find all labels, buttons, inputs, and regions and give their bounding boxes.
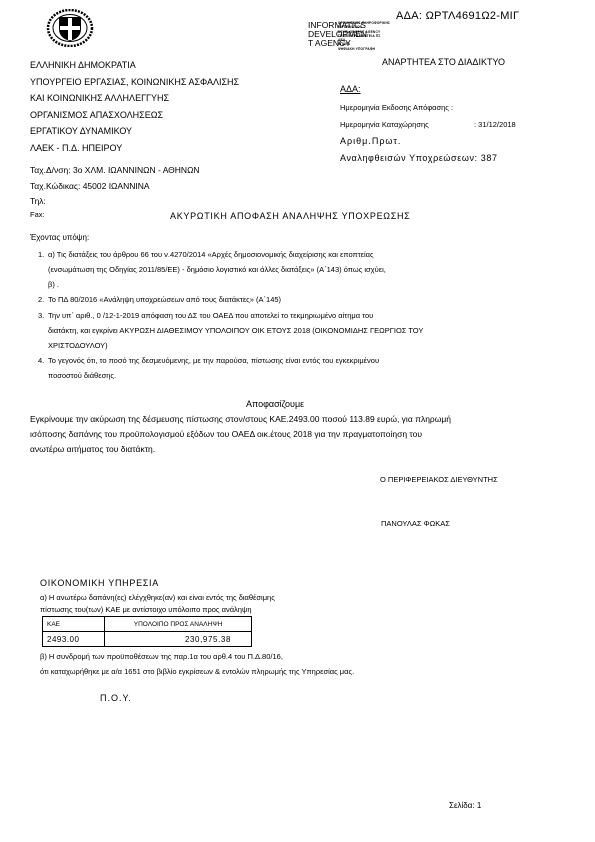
list-item-line: β) . <box>48 280 59 289</box>
authority-line: ΥΠΟΥΡΓΕΙΟ ΕΡΓΑΣΙΑΣ, ΚΟΙΝΩΝΙΚΗΣ ΑΣΦΑΛΙΣΗΣ <box>30 74 239 91</box>
poy-label: Π.Ο.Υ. <box>100 693 132 703</box>
list-item-number: 1. <box>38 250 44 259</box>
list-item-line: Το γεγονός ότι, το ποσό της δεσμευόμενης… <box>48 356 379 365</box>
list-item-number: 4. <box>38 356 44 365</box>
address-postal: Ταχ.Κώδικας: 45002 ΙΩΑΝΝΙΝΑ <box>30 181 150 191</box>
list-item-line: Το ΠΔ 80/2016 «Ανάληψη υποχρεώσεων από τ… <box>48 295 281 304</box>
address-phone: Τηλ: <box>30 196 46 206</box>
kae-code-cell: 2493.00 <box>43 632 105 647</box>
list-item-line: Την υπ΄ αριθ., 0 /12-1-2019 απόφαση του … <box>48 311 373 320</box>
finance-department-title: ΟΙΚΟΝΟΜΙΚΗ ΥΠΗΡΕΣΙΑ <box>40 578 159 588</box>
signature-line: ΨΗΦΙΑΚΗ ΥΠΟΓΡΑΦΗ <box>338 47 390 51</box>
decision-line: ισόποσης δαπάνης του προϋπολογισμού εξόδ… <box>30 429 422 439</box>
protocol-number-label: Αριθμ.Πρωτ. <box>340 136 401 146</box>
list-item-number: 2. <box>38 295 44 304</box>
authority-line: ΕΡΓΑΤΙΚΟΥ ΔΥΝΑΜΙΚΟΥ <box>30 123 239 140</box>
list-item-line: ΧΡΙΣΤΟΔΟΥΛΟΥ) <box>48 341 108 350</box>
list-item-line: α) Τις διατάξεις του άρθρου 66 του ν.427… <box>48 250 374 259</box>
list-item-line: ποσοστού διάθεσης. <box>48 371 116 380</box>
page-number: Σελίδα: 1 <box>449 801 481 810</box>
ada-label: ΑΔΑ: <box>340 84 361 94</box>
address-street: Ταχ.Δ/νση: 3ο ΧΛΜ. ΙΩΑΝΝΙΝΩΝ - ΑΘΗΝΩΝ <box>30 165 200 175</box>
table-row: 2493.00 230,975.38 <box>43 632 252 647</box>
decision-line: ανωτέρω αιτήματος του διατάκτη. <box>30 444 155 454</box>
finance-line-a1: α) Η ανωτέρω δαπάνη(ες) ελέγχθηκε(αν) κα… <box>40 593 275 602</box>
authority-line: ΚΑΙ ΚΟΙΝΩΝΙΚΗΣ ΑΛΛΗΛΕΓΓΥΗΣ <box>30 90 239 107</box>
commitments-count: Αναληφθεισών Υποχρεώσεων: 387 <box>340 153 498 163</box>
signatory-role: Ο ΠΕΡΙΦΕΡΕΙΑΚΟΣ ΔΙΕΥΘΥΝΤΗΣ <box>380 475 498 484</box>
finance-line-b1: β) Η συνδρομή των προϋποθέσεων της παρ.1… <box>40 652 283 661</box>
ada-code: ΑΔΑ: ΩΡΤΛ4691Ω2-ΜΙΓ <box>396 10 519 22</box>
registration-date-value: : 31/12/2018 <box>474 120 516 129</box>
table-header-row: ΚΑΕ ΥΠΟΛΟΙΠΟ ΠΡΟΣ ΑΝΑΛΗΨΗ <box>43 617 252 632</box>
registration-date-label: Ημερομηνία Καταχώρησης <box>340 120 429 129</box>
finance-line-a2: πίστωσης του(των) ΚΑΕ με αντίστοιχο υπόλ… <box>40 605 252 614</box>
address-fax: Fax: <box>30 210 45 219</box>
decision-line: Εγκρίνουμε την ακύρωση της δέσμευσης πίσ… <box>30 414 451 424</box>
document-title: ΑΚΥΡΩΤΙΚΗ ΑΠΟΦΑΣΗ ΑΝΑΛΗΨΗΣ ΥΠΟΧΡΕΩΣΗΣ <box>170 211 410 221</box>
list-item-number: 3. <box>38 311 44 320</box>
authority-line: ΛΑΕΚ - Π.Δ. ΗΠΕΙΡΟΥ <box>30 140 239 157</box>
signatory-name: ΠΑΝΟΥΛΑΣ ΦΩΚΑΣ <box>381 519 450 528</box>
authority-line: ΟΡΓΑΝΙΣΜΟΣ ΑΠΑΣΧΟΛΗΣΕΩΣ <box>30 107 239 124</box>
column-header-kae: ΚΑΕ <box>43 617 105 632</box>
balance-cell: 230,975.38 <box>105 632 252 647</box>
list-item-line: (ενσωμάτωση της Οδηγίας 2011/85/ΕΕ) - δη… <box>48 265 386 274</box>
considering-intro: Έχοντας υπόψη: <box>30 233 89 242</box>
column-header-balance: ΥΠΟΛΟΙΠΟ ΠΡΟΣ ΑΝΑΛΗΨΗ <box>105 617 252 632</box>
informatics-digital-signature: ΟΡΓΑΝΙΣΜΟΣ ΠΛΗΡΟΦΟΡΙΚΗΣ INFORMATICS DEVE… <box>338 21 390 51</box>
list-item-line: διατάκτη, και εγκρίνει ΑΚΥΡΩΣΗ ΔΙΑΘΕΣΙΜΟ… <box>48 326 423 335</box>
issuing-authority: ΕΛΛΗΝΙΚΗ ΔΗΜΟΚΡΑΤΙΑ ΥΠΟΥΡΓΕΙΟ ΕΡΓΑΣΙΑΣ, … <box>30 57 239 157</box>
greek-coat-of-arms-emblem <box>45 9 95 47</box>
publish-online-label: ΑΝΑΡΤΗΤΕΑ ΣΤΟ ΔΙΑΔΙΚΤΥΟ <box>382 57 505 67</box>
authority-line: ΕΛΛΗΝΙΚΗ ΔΗΜΟΚΡΑΤΙΑ <box>30 57 239 74</box>
decision-heading: Αποφασίζουμε <box>246 399 304 409</box>
kae-balance-table: ΚΑΕ ΥΠΟΛΟΙΠΟ ΠΡΟΣ ΑΝΑΛΗΨΗ 2493.00 230,97… <box>42 616 252 647</box>
issue-date-label: Ημερομηνία Εκδοσης Απόφασης : <box>340 103 453 112</box>
finance-line-b2: ότι καταχωρήθηκε με α/α 1651 στο βιβλίο … <box>40 667 354 676</box>
